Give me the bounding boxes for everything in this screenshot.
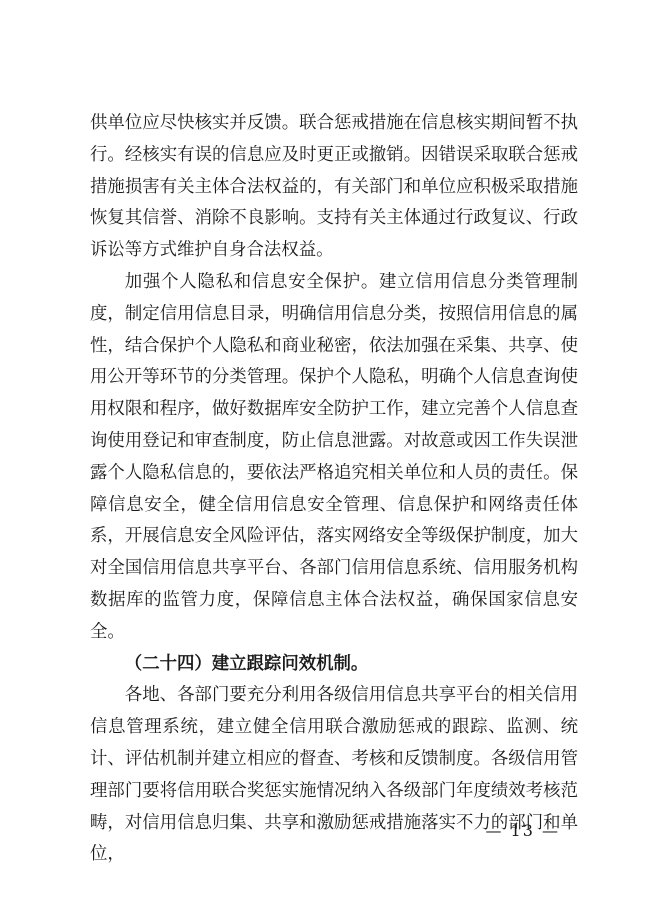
- page-number: — 13 —: [485, 821, 560, 841]
- section-heading-24: （二十四）建立跟踪问效机制。: [90, 649, 578, 681]
- paragraph-privacy-security: 加强个人隐私和信息安全保护。建立信用信息分类管理制度，制定信用信息目录，明确信用…: [90, 267, 578, 649]
- paragraph-tracking-mechanism: 各地、各部门要充分利用各级信用信息共享平台的相关信用信息管理系统，建立健全信用联…: [90, 680, 578, 871]
- paragraph-continuation: 供单位应尽快核实并反馈。联合惩戒措施在信息核实期间暂不执行。经核实有误的信息应及…: [90, 108, 578, 267]
- document-page: 供单位应尽快核实并反馈。联合惩戒措施在信息核实期间暂不执行。经核实有误的信息应及…: [0, 0, 652, 923]
- document-body: 供单位应尽快核实并反馈。联合惩戒措施在信息核实期间暂不执行。经核实有误的信息应及…: [90, 108, 578, 871]
